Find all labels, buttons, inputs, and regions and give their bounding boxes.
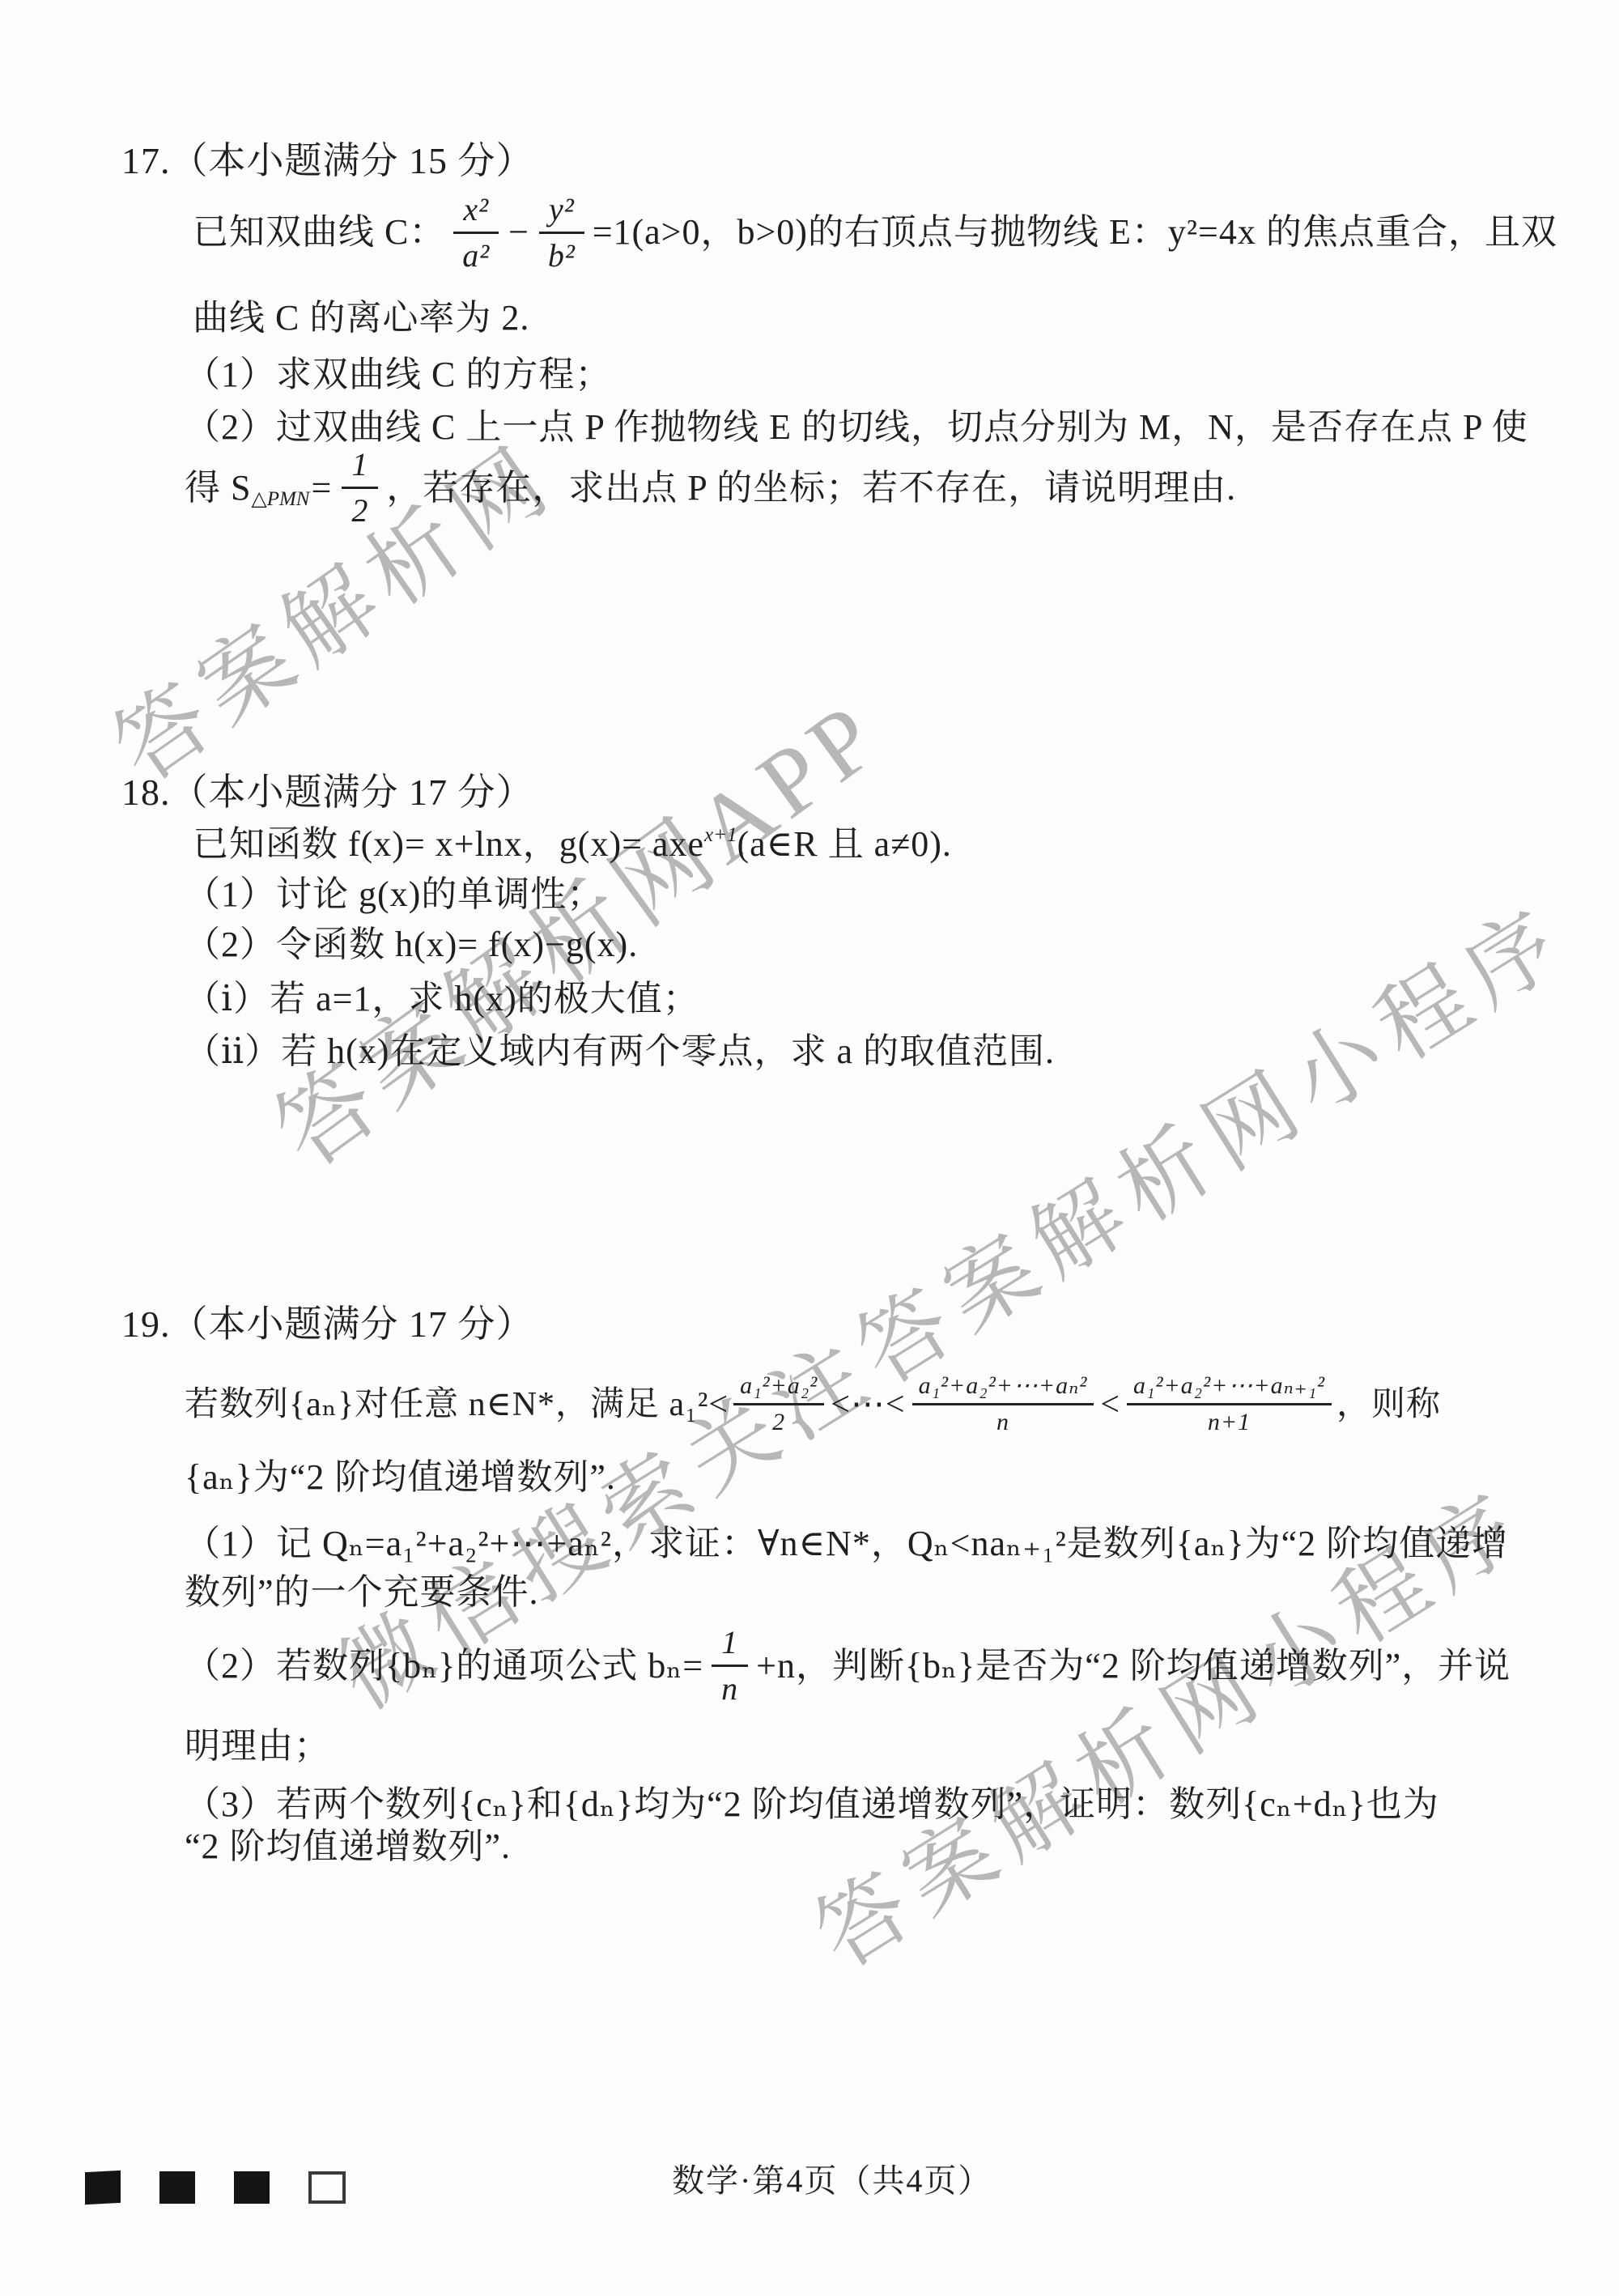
problem-19-part2-cont: 明理由； [185, 1721, 330, 1771]
problem-19-part1-cont: 数列”的一个充要条件. [185, 1567, 539, 1618]
exponent-x-plus-1: x+1 [704, 824, 737, 846]
problem-19-definition-line2: {aₙ}为“2 阶均值递增数列”. [185, 1452, 616, 1503]
less-than: < [1100, 1380, 1120, 1430]
problem-18-part1: （1）讨论 g(x)的单调性； [185, 870, 603, 920]
problem-17-given-line2: 曲线 C 的离心率为 2. [193, 293, 529, 343]
equals-operator: = [311, 463, 332, 513]
fraction-y2-b2: y² b² [539, 191, 584, 274]
registration-marks [85, 2171, 346, 2204]
registration-mark-filled-1 [85, 2171, 121, 2205]
problem-18-part2ii: （ⅱ）若 h(x)在定义域内有两个零点，求 a 的取值范围. [185, 1027, 1055, 1077]
problem-19-part2: （2）若数列{bₙ}的通项公式 bₙ= 1 n +n，判断{bₙ}是否为“2 阶… [185, 1615, 1511, 1716]
p19-part2-post: +n，判断{bₙ}是否为“2 阶均值递增数列”，并说 [756, 1641, 1511, 1691]
problem-18-part2: （2）令函数 h(x)= f(x)−g(x). [185, 920, 638, 970]
registration-mark-filled-2 [159, 2171, 195, 2204]
less-than-dots: <⋯< [831, 1380, 905, 1430]
fraction-mean-n: a₁²+a₂²+⋯+aₙ² n [912, 1372, 1094, 1436]
registration-mark-filled-3 [234, 2171, 270, 2204]
problem-19-part3-cont: “2 阶均值递增数列”. [185, 1822, 511, 1872]
problem-17-given-line: 已知双曲线 C： x² a² − y² b² =1(a>0，b>0)的右顶点与抛… [193, 172, 1557, 293]
p19-def-post: ，则称 [1336, 1380, 1441, 1430]
fraction-mean-2: a₁²+a₂² 2 [733, 1372, 824, 1436]
p17-given-post: =1(a>0，b>0)的右顶点与抛物线 E：y²=4x 的焦点重合，且双 [593, 207, 1557, 257]
registration-mark-open [308, 2171, 346, 2204]
p17-area-pre: 得 S [185, 463, 251, 513]
fraction-x2-a2: x² a² [453, 191, 499, 274]
p18-given-post: (a∈R 且 a≠0). [737, 819, 951, 870]
p17-area-post: ，若存在，求出点 P 的坐标；若不存在，请说明理由. [386, 463, 1236, 513]
fraction-1-n: 1 n [712, 1624, 748, 1707]
exam-page: 答案解析网 答案解析网APP 微信搜索关注答案解析网小程序 答案解析网小程序 1… [0, 0, 1619, 2296]
problem-18-part2i: （ⅰ）若 a=1，求 h(x)的极大值； [185, 974, 699, 1024]
problem-18-given-line: 已知函数 f(x)= x+lnx，g(x)= axex+1(a∈R 且 a≠0)… [193, 819, 952, 875]
problem-17-part1: （1）求双曲线 C 的方程； [185, 350, 611, 400]
fraction-mean-n-plus-1: a₁²+a₂²+⋯+aₙ₊₁² n+1 [1127, 1372, 1332, 1436]
p17-given-pre: 已知双曲线 C： [193, 207, 445, 257]
problem-19-part1: （1）记 Qₙ=a₁²+a₂²+⋯+aₙ²，求证：∀n∈N*，Qₙ<naₙ₊₁²… [185, 1519, 1508, 1569]
triangle-pmn-subscript: △PMN [251, 474, 309, 525]
problem-17-area-condition-line: 得 S △PMN = 1 2 ，若存在，求出点 P 的坐标；若不存在，请说明理由… [185, 433, 1236, 542]
fraction-1-2: 1 2 [342, 446, 378, 529]
p19-part2-pre: （2）若数列{bₙ}的通项公式 bₙ= [185, 1641, 703, 1691]
p18-given-pre: 已知函数 f(x)= x+lnx，g(x)= axe [193, 819, 704, 870]
problem-19-definition-line: 若数列{aₙ}对任意 n∈N*，满足 a₁²< a₁²+a₂² 2 <⋯< a₁… [185, 1337, 1441, 1471]
problem-18-header: 18.（本小题满分 17 分） [121, 767, 534, 818]
page-number-label: 数学·第4页（共4页） [672, 2155, 992, 2201]
p19-def-pre: 若数列{aₙ}对任意 n∈N*，满足 a₁²< [185, 1380, 729, 1430]
minus-operator: − [508, 207, 529, 257]
